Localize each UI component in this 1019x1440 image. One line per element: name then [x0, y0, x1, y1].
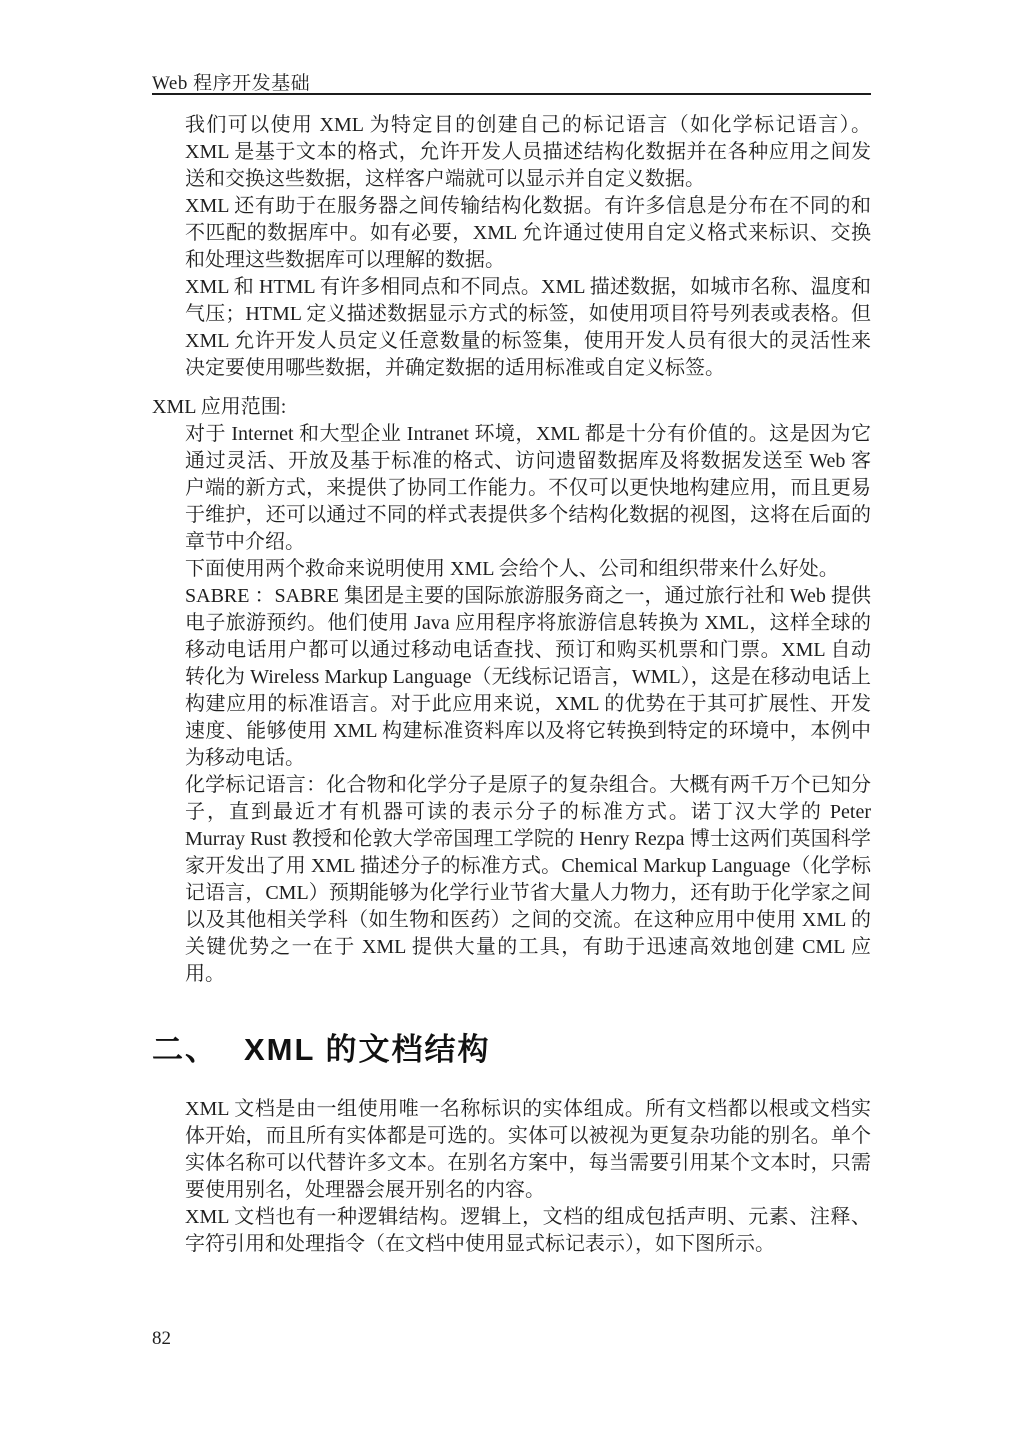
- paragraph-intro-1: 我们可以使用 XML 为特定目的创建自己的标记语言（如化学标记语言）。XML 是…: [185, 112, 871, 193]
- paragraph-section2-1: XML 文档是由一组使用唯一名称标识的实体组成。所有文档都以根或文档实体开始，而…: [185, 1096, 871, 1204]
- section-heading-title: XML 的文档结构: [244, 1032, 491, 1067]
- paragraph-scope-1: 对于 Internet 和大型企业 Intranet 环境，XML 都是十分有价…: [185, 421, 871, 556]
- running-header-title: Web 程序开发基础: [152, 68, 310, 95]
- paragraph-intro-2: XML 还有助于在服务器之间传输结构化数据。有许多信息是分布在不同的和不匹配的数…: [185, 193, 871, 274]
- document-page: Web 程序开发基础 我们可以使用 XML 为特定目的创建自己的标记语言（如化学…: [0, 0, 1019, 1440]
- paragraph-scope-3: SABRE ：SABRE 集团是主要的国际旅游服务商之一，通过旅行社和 Web …: [185, 583, 871, 772]
- header-rule: [152, 93, 871, 95]
- section-heading-number: 二、: [152, 1032, 218, 1067]
- paragraph-scope-4: 化学标记语言：化合物和化学分子是原子的复杂组合。大概有两千万个已知分子，直到最近…: [185, 772, 871, 988]
- paragraph-scope-2: 下面使用两个救命来说明使用 XML 会给个人、公司和组织带来什么好处。: [185, 556, 871, 583]
- section-heading: 二、XML 的文档结构: [152, 1030, 871, 1070]
- document-body: 我们可以使用 XML 为特定目的创建自己的标记语言（如化学标记语言）。XML 是…: [152, 112, 871, 1258]
- section-label-xml-scope: XML 应用范围:: [152, 394, 871, 421]
- paragraph-section2-2: XML 文档也有一种逻辑结构。逻辑上，文档的组成包括声明、元素、注释、字符引用和…: [185, 1204, 871, 1258]
- page-number: 82: [152, 1328, 171, 1350]
- paragraph-intro-3: XML 和 HTML 有许多相同点和不同点。XML 描述数据，如城市名称、温度和…: [185, 274, 871, 382]
